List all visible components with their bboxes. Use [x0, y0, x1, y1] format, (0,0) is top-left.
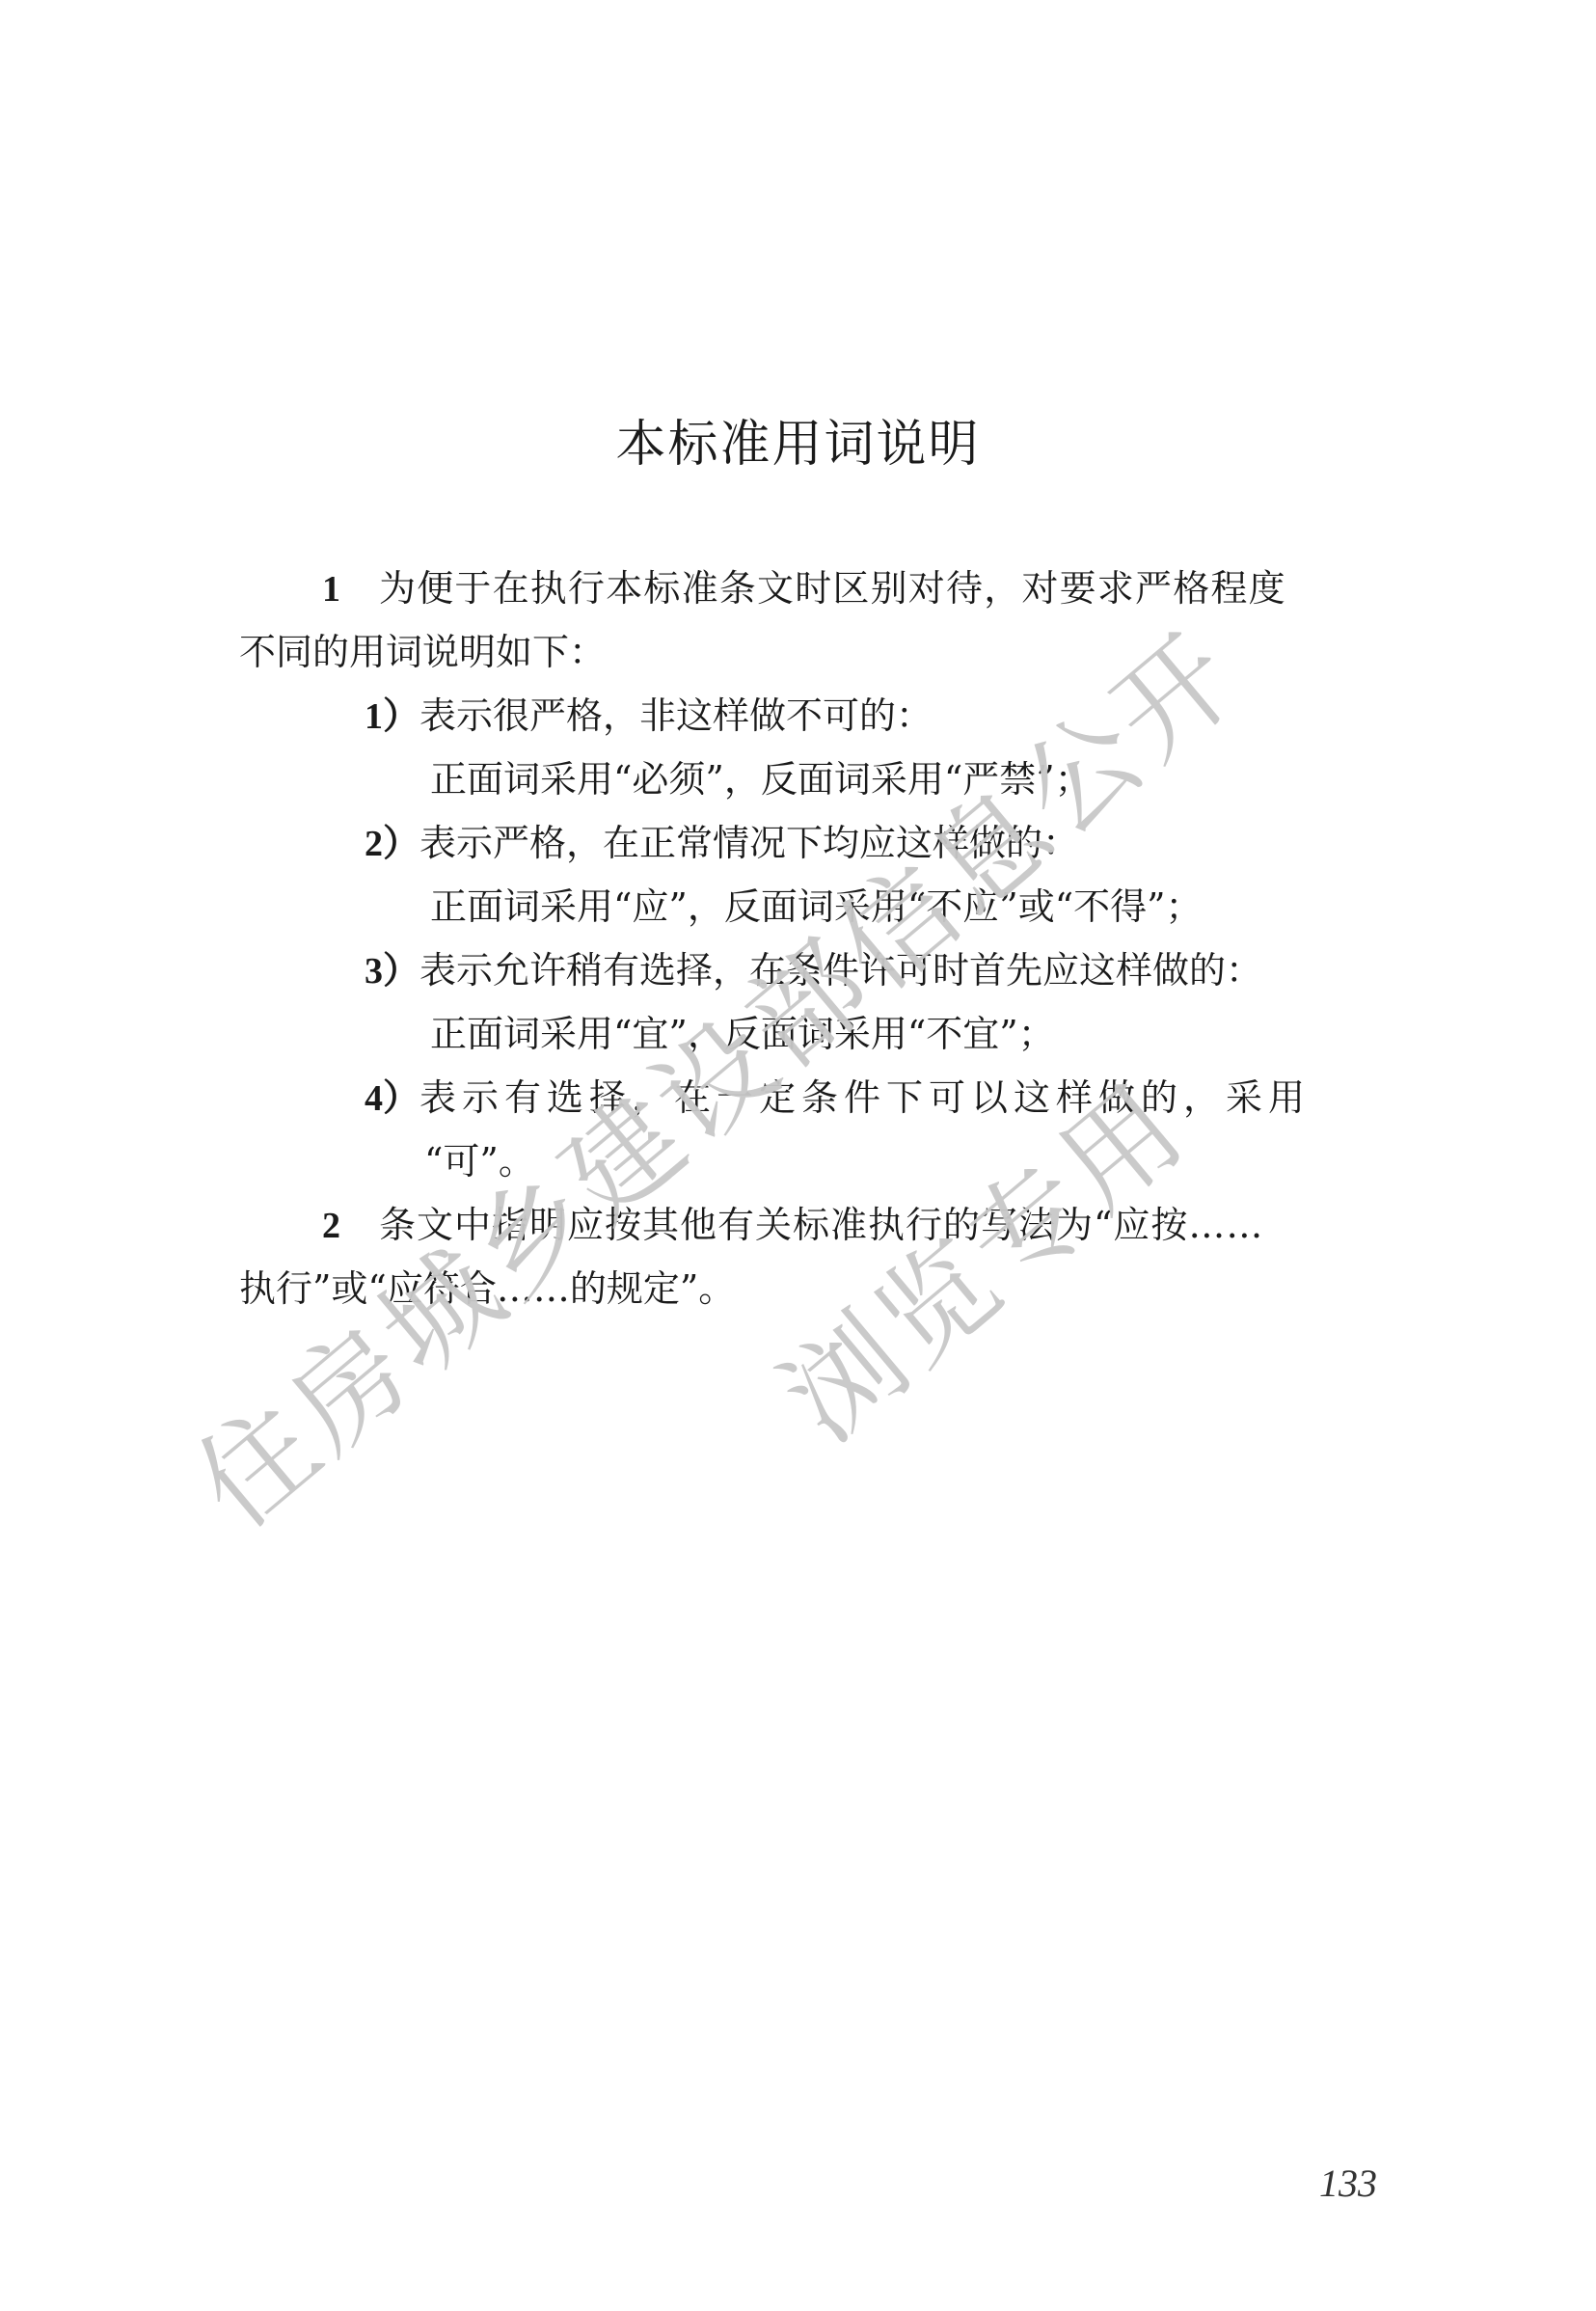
list-item-2-detail: 正面词采用“应”，反面词采用“不应”或“不得”； — [430, 884, 1203, 930]
paragraph-2-line-1: 2条文中指明应按其他有关标准执行的写法为“应按…… — [322, 1202, 1263, 1249]
list-item-1-detail: 正面词采用“必须”，反面词采用“严禁”； — [430, 756, 1092, 802]
list-item-3-detail: 正面词采用“宜”，反面词采用“不宜”； — [430, 1011, 1055, 1057]
page-title: 本标准用词说明 — [0, 403, 1596, 476]
paragraph-1-line-1: 1为便于在执行本标准条文时区别对待，对要求严格程度 — [322, 565, 1286, 612]
list-marker: 2） — [365, 824, 419, 864]
list-item-4: 4）表示有选择，在一定条件下可以这样做的，采用 — [365, 1074, 1311, 1122]
list-item-2: 2）表示严格，在正常情况下均应这样做的： — [365, 820, 1079, 867]
document-page: 本标准用词说明 1为便于在执行本标准条文时区别对待，对要求严格程度 不同的用词说… — [0, 0, 1596, 2311]
list-marker: 1） — [365, 696, 419, 737]
page-number: 133 — [1319, 2161, 1377, 2206]
list-item-detail: 正面词采用“应”，反面词采用“不应”或“不得”； — [430, 885, 1203, 928]
list-item-desc: 表示允许稍有选择，在条件许可时首先应这样做的： — [419, 949, 1262, 992]
paragraph-text: 执行”或“应符合……的规定”。 — [239, 1267, 735, 1310]
list-item-detail: 正面词采用“宜”，反面词采用“不宜”； — [430, 1013, 1055, 1055]
paragraph-text: 为便于在执行本标准条文时区别对待，对要求严格程度 — [379, 567, 1286, 610]
list-item-desc: 表示严格，在正常情况下均应这样做的： — [419, 822, 1079, 864]
list-item-desc: 表示有选择，在一定条件下可以这样做的，采用 — [419, 1076, 1311, 1119]
paragraph-1-line-2: 不同的用词说明如下： — [239, 629, 606, 675]
paragraph-number: 2 — [322, 1206, 340, 1246]
list-item-4-detail: “可”。 — [424, 1138, 535, 1184]
list-item-desc: 表示很严格，非这样做不可的： — [419, 694, 933, 737]
paragraph-text: 不同的用词说明如下： — [239, 631, 606, 673]
list-marker: 3） — [365, 951, 419, 992]
list-marker: 4） — [365, 1078, 419, 1119]
paragraph-2-line-2: 执行”或“应符合……的规定”。 — [239, 1265, 735, 1312]
list-item-detail: 正面词采用“必须”，反面词采用“严禁”； — [430, 758, 1092, 801]
list-item-detail: “可”。 — [424, 1140, 535, 1183]
list-item-1: 1）表示很严格，非这样做不可的： — [365, 693, 933, 740]
paragraph-number: 1 — [322, 569, 340, 610]
paragraph-text: 条文中指明应按其他有关标准执行的写法为“应按…… — [379, 1204, 1263, 1246]
list-item-3: 3）表示允许稍有选择，在条件许可时首先应这样做的： — [365, 947, 1262, 994]
